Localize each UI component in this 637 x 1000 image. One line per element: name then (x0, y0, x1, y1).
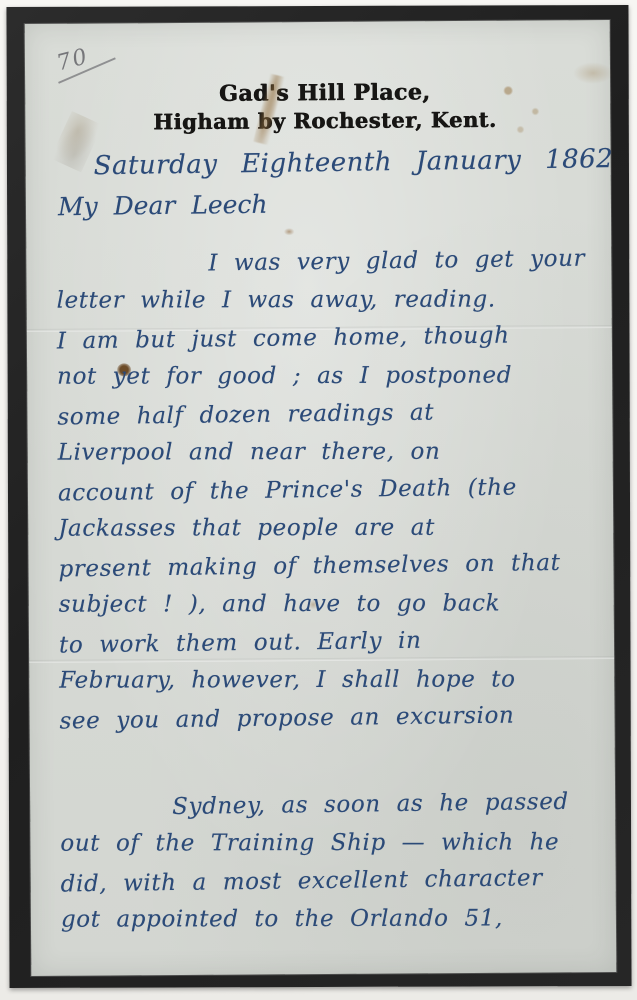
handwritten-line: I was very glad to get your (56, 239, 589, 284)
letter-body: I was very glad to get yourletter while … (56, 241, 594, 940)
handwritten-line: subject ! ), and have to go back (59, 584, 592, 623)
handwritten-date: Saturday Eighteenth January 1862 (93, 141, 588, 185)
letterhead-address-line-2: Higham by Rochester, Kent. (61, 105, 588, 136)
black-mount-card: 70 Gad's Hill Place, Higham by Rochester… (6, 5, 631, 988)
handwritten-line: see you and propose an excursion (59, 695, 592, 740)
handwritten-line: out of the Training Ship — which he (60, 823, 593, 862)
handwritten-line: Sydney, as soon as he passed (60, 782, 593, 827)
handwritten-line: account of the Prince's Death (the (58, 467, 591, 512)
printed-letterhead: Gad's Hill Place, Higham by Rochester, K… (61, 78, 588, 136)
handwritten-line: February, however, I shall hope to (59, 660, 592, 699)
paragraph: I was very glad to get yourletter while … (56, 241, 592, 739)
handwritten-line: letter while I was away, reading. (57, 280, 590, 319)
handwritten-line: not yet for good ; as I postponed (57, 356, 590, 395)
pencil-page-number: 70 (54, 44, 91, 76)
handwritten-line: present making of themselves on that (58, 543, 591, 588)
handwritten-line: some half dozen readings at (57, 391, 590, 436)
paragraph: Sydney, as soon as he passedout of the T… (60, 784, 594, 940)
salutation: My Dear Leech (58, 182, 589, 225)
stain (284, 228, 294, 235)
handwritten-line: I am but just come home, though (57, 315, 590, 360)
handwritten-line: Jackasses that people are at (58, 508, 591, 547)
letterhead-address-line-1: Gad's Hill Place, (61, 78, 588, 109)
letter-paper: 70 Gad's Hill Place, Higham by Rochester… (25, 20, 617, 976)
handwritten-line: did, with a most excellent character (60, 858, 593, 903)
handwritten-line: got appointed to the Orlando 51, (61, 899, 594, 938)
handwritten-line: Liverpool and near there, on (58, 432, 591, 471)
handwritten-line: to work them out. Early in (59, 619, 592, 664)
letter-photograph: 70 Gad's Hill Place, Higham by Rochester… (0, 0, 637, 1000)
